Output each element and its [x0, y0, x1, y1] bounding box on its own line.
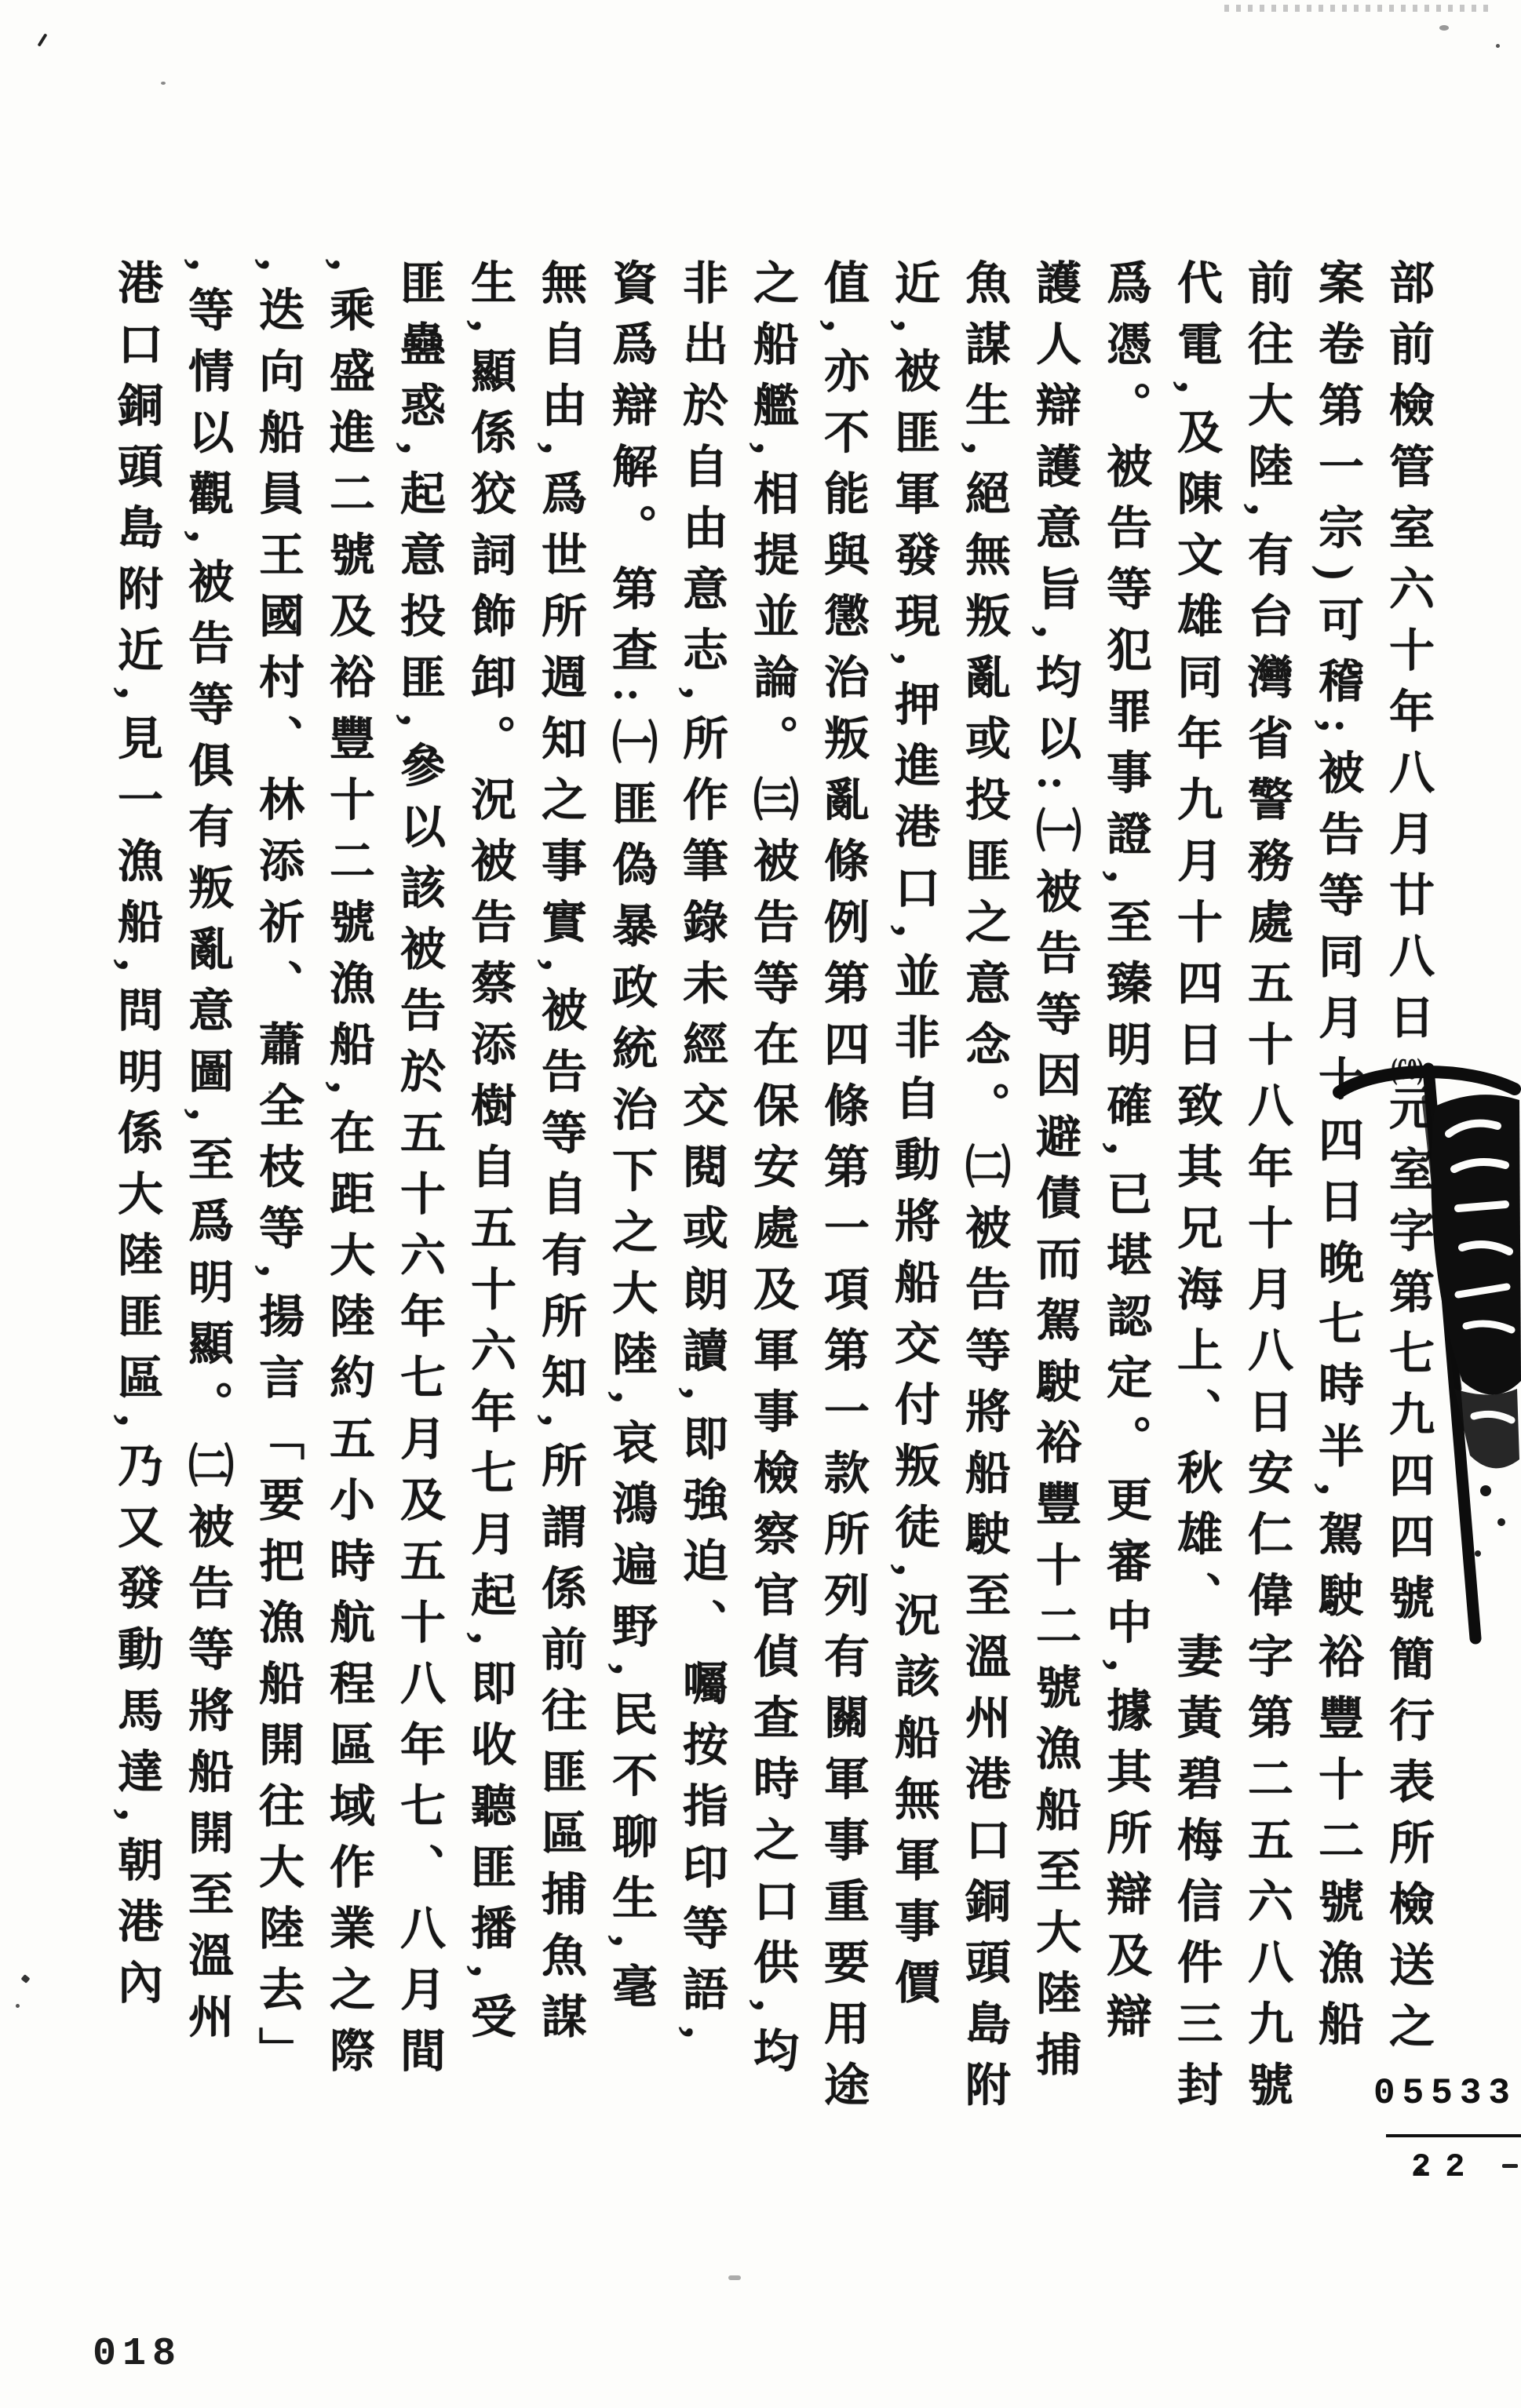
text-column-8: 近,被匪軍發現,押進港口,並非自動將船交付叛徒,況該船無軍事價 [877, 259, 948, 2220]
ink-speck [161, 82, 166, 85]
text-column-9: 值,亦不能與懲治叛亂條例第四條第一項第一款所列有關軍事重要用途 [807, 259, 877, 2220]
text-column-3: 前往大陸,有台灣省警務處五十八年十月八日安仁偉字第二五六八九號 [1231, 259, 1301, 2220]
text-column-13: 無自由,爲世所週知之事實,被告等自有所知,所謂係前往匪區捕魚謀 [524, 259, 595, 2220]
text-column-14: 生,顯係狡詞飾卸。況被告蔡添樹自五十六年七月起,即收聽匪播,受 [454, 259, 524, 2220]
text-column-12: 資爲辯解。第查:㈠匪偽暴政統治下之大陸,哀鴻遍野,民不聊生,毫 [595, 259, 666, 2220]
text-column-7: 魚謀生,絕無叛亂或投匪之意念。㈡被告等將船駛至溫州港口銅頭島附 [948, 259, 1019, 2220]
text-column-19: 港口銅頭島附近,見一漁船,問明係大陸匪區,乃又發動馬達,朝港內 [100, 259, 171, 2220]
ink-speck [38, 33, 48, 46]
vertical-text-block: 部前檢管室六十年八月廿八日(60)元室字第七九四四號簡行表所檢送之案卷第一宗)可… [100, 259, 1443, 2220]
ink-speck [1496, 44, 1500, 48]
ink-speck [728, 2275, 741, 2280]
text-column-5: 爲憑。被告等犯罪事證,至臻明確,已堪認定。更審中,據其所辯及辯 [1089, 259, 1160, 2220]
text-column-6: 護人辯護意旨,均以:㈠被告等因避債而駕駛裕豐十二號漁船至大陸捕 [1019, 259, 1089, 2220]
text-column-17: ,迭向船員王國村、林添祈、蕭全枝等,揚言「要把漁船開往大陸去」 [242, 259, 312, 2220]
ink-speck [1439, 25, 1449, 31]
text-column-15: 匪蠱惑,起意投匪,參以該被告於五十六年七月及五十八年七、八月間 [383, 259, 454, 2220]
page-number: 22 [1411, 2148, 1479, 2186]
ink-speck [20, 1974, 30, 1984]
text-column-18: ,等情以觀,被告等俱有叛亂意圖,至爲明顯。㈡被告等將船開至溫州 [171, 259, 242, 2220]
text-column-2: 案卷第一宗)可稽;被告等同月十四日晚七時半,駕駛裕豐十二號漁船 [1301, 259, 1372, 2220]
ink-speck [1502, 2164, 1518, 2168]
text-column-4: 代電,及陳文雄同年九月十四日致其兄海上、秋雄、妻黃碧梅信件三封 [1160, 259, 1231, 2220]
text-column-11: 非出於自由意志,所作筆錄未經交閱或朗讀,即強迫、囑按指印等語, [666, 259, 736, 2220]
text-column-1: 部前檢管室六十年八月廿八日(60)元室字第七九四四號簡行表所檢送之 [1372, 259, 1443, 2220]
text-column-10: 之船艦,相提並論。㈢被告等在保安處及軍事檢察官偵查時之口供,均 [736, 259, 807, 2220]
scanned-document-page: 部前檢管室六十年八月廿八日(60)元室字第七九四四號簡行表所檢送之案卷第一宗)可… [0, 0, 1521, 2408]
folio-number: 018 [93, 2332, 182, 2377]
scan-smudge [1224, 5, 1491, 12]
text-column-16: ,乘盛進二號及裕豐十二號漁船,在距大陸約五小時航程區域作業之際 [312, 259, 383, 2220]
serial-underline [1386, 2134, 1521, 2137]
serial-number: 05533 [1373, 2073, 1517, 2114]
ink-speck [16, 2004, 20, 2008]
